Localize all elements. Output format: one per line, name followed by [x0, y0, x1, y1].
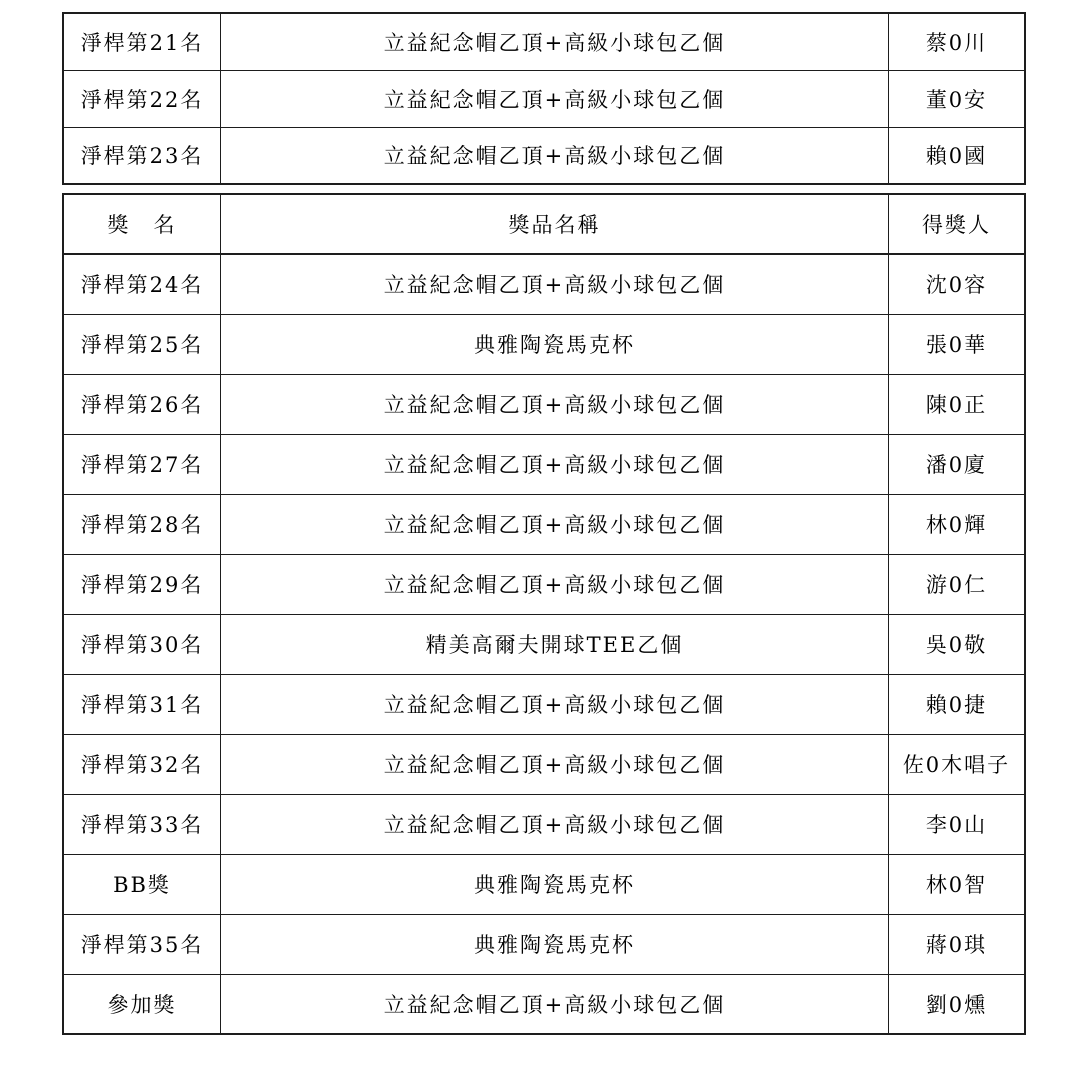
prize-cell: 典雅陶瓷馬克杯 — [221, 854, 889, 914]
winner-cell: 李0山 — [889, 794, 1026, 854]
page: { "table": { "header": { "rank": "獎 名", … — [0, 0, 1080, 1080]
prize-cell: 典雅陶瓷馬克杯 — [221, 314, 889, 374]
prize-cell: 立益紀念帽乙頂+高級小球包乙個 — [221, 13, 889, 70]
winner-cell: 沈0容 — [889, 254, 1026, 314]
winner-cell: 賴0捷 — [889, 674, 1026, 734]
rank-cell: 淨桿第25名 — [63, 314, 221, 374]
prize-cell: 立益紀念帽乙頂+高級小球包乙個 — [221, 434, 889, 494]
table-row: 淨桿第30名 精美高爾夫開球TEE乙個 吳0敬 — [63, 614, 1025, 674]
table-row: 淨桿第22名 立益紀念帽乙頂+高級小球包乙個 董0安 — [63, 70, 1025, 127]
rank-cell: 淨桿第28名 — [63, 494, 221, 554]
table-row: 淨桿第24名 立益紀念帽乙頂+高級小球包乙個 沈0容 — [63, 254, 1025, 314]
rank-cell: 淨桿第33名 — [63, 794, 221, 854]
rank-cell: 淨桿第35名 — [63, 914, 221, 974]
rank-cell: 淨桿第32名 — [63, 734, 221, 794]
header-rank-cell: 獎 名 — [63, 194, 221, 254]
winner-cell: 陳0正 — [889, 374, 1026, 434]
rank-cell: 淨桿第31名 — [63, 674, 221, 734]
prize-list-sheet: 淨桿第21名 立益紀念帽乙頂+高級小球包乙個 蔡0川 淨桿第22名 立益紀念帽乙… — [62, 12, 1020, 1035]
table-row: 獎 名 獎品名稱 得獎人 — [63, 194, 1025, 254]
table-row: 淨桿第21名 立益紀念帽乙頂+高級小球包乙個 蔡0川 — [63, 13, 1025, 70]
winner-cell: 佐0木唱子 — [889, 734, 1026, 794]
table-row: 淨桿第33名 立益紀念帽乙頂+高級小球包乙個 李0山 — [63, 794, 1025, 854]
winner-cell: 潘0廈 — [889, 434, 1026, 494]
prize-table-lower: 獎 名 獎品名稱 得獎人 淨桿第24名 立益紀念帽乙頂+高級小球包乙個 沈0容 … — [62, 193, 1026, 1035]
winner-cell: 劉0燻 — [889, 974, 1026, 1034]
rank-cell: 淨桿第24名 — [63, 254, 221, 314]
rank-cell: 淨桿第22名 — [63, 70, 221, 127]
prize-cell: 立益紀念帽乙頂+高級小球包乙個 — [221, 254, 889, 314]
prize-cell: 立益紀念帽乙頂+高級小球包乙個 — [221, 794, 889, 854]
prize-cell: 典雅陶瓷馬克杯 — [221, 914, 889, 974]
rank-cell: BB獎 — [63, 854, 221, 914]
rank-cell: 淨桿第29名 — [63, 554, 221, 614]
rank-cell: 參加獎 — [63, 974, 221, 1034]
prize-cell: 立益紀念帽乙頂+高級小球包乙個 — [221, 734, 889, 794]
prize-cell: 立益紀念帽乙頂+高級小球包乙個 — [221, 674, 889, 734]
table-section-gap — [62, 185, 1020, 193]
prize-cell: 立益紀念帽乙頂+高級小球包乙個 — [221, 494, 889, 554]
rank-cell: 淨桿第23名 — [63, 127, 221, 184]
table-row: 淨桿第28名 立益紀念帽乙頂+高級小球包乙個 林0輝 — [63, 494, 1025, 554]
prize-cell: 立益紀念帽乙頂+高級小球包乙個 — [221, 374, 889, 434]
winner-cell: 林0輝 — [889, 494, 1026, 554]
winner-cell: 蔡0川 — [889, 13, 1026, 70]
table-row: 參加獎 立益紀念帽乙頂+高級小球包乙個 劉0燻 — [63, 974, 1025, 1034]
table-row: 淨桿第26名 立益紀念帽乙頂+高級小球包乙個 陳0正 — [63, 374, 1025, 434]
table-row: 淨桿第35名 典雅陶瓷馬克杯 蔣0琪 — [63, 914, 1025, 974]
table-row: 淨桿第29名 立益紀念帽乙頂+高級小球包乙個 游0仁 — [63, 554, 1025, 614]
table-row: 淨桿第27名 立益紀念帽乙頂+高級小球包乙個 潘0廈 — [63, 434, 1025, 494]
table-row: 淨桿第31名 立益紀念帽乙頂+高級小球包乙個 賴0捷 — [63, 674, 1025, 734]
prize-cell: 立益紀念帽乙頂+高級小球包乙個 — [221, 974, 889, 1034]
rank-cell: 淨桿第21名 — [63, 13, 221, 70]
winner-cell: 游0仁 — [889, 554, 1026, 614]
winner-cell: 張0華 — [889, 314, 1026, 374]
rank-cell: 淨桿第30名 — [63, 614, 221, 674]
prize-table-upper: 淨桿第21名 立益紀念帽乙頂+高級小球包乙個 蔡0川 淨桿第22名 立益紀念帽乙… — [62, 12, 1026, 185]
table-row: 淨桿第25名 典雅陶瓷馬克杯 張0華 — [63, 314, 1025, 374]
table-row: 淨桿第32名 立益紀念帽乙頂+高級小球包乙個 佐0木唱子 — [63, 734, 1025, 794]
winner-cell: 董0安 — [889, 70, 1026, 127]
header-winner-cell: 得獎人 — [889, 194, 1026, 254]
table-row: BB獎 典雅陶瓷馬克杯 林0智 — [63, 854, 1025, 914]
table-header-row: 獎 名 獎品名稱 得獎人 — [63, 194, 1025, 254]
rank-cell: 淨桿第27名 — [63, 434, 221, 494]
prize-cell: 立益紀念帽乙頂+高級小球包乙個 — [221, 70, 889, 127]
winner-cell: 吳0敬 — [889, 614, 1026, 674]
winner-cell: 賴0國 — [889, 127, 1026, 184]
header-prize-cell: 獎品名稱 — [221, 194, 889, 254]
table-row: 淨桿第23名 立益紀念帽乙頂+高級小球包乙個 賴0國 — [63, 127, 1025, 184]
prize-cell: 立益紀念帽乙頂+高級小球包乙個 — [221, 127, 889, 184]
prize-cell: 精美高爾夫開球TEE乙個 — [221, 614, 889, 674]
winner-cell: 林0智 — [889, 854, 1026, 914]
prize-cell: 立益紀念帽乙頂+高級小球包乙個 — [221, 554, 889, 614]
rank-cell: 淨桿第26名 — [63, 374, 221, 434]
winner-cell: 蔣0琪 — [889, 914, 1026, 974]
